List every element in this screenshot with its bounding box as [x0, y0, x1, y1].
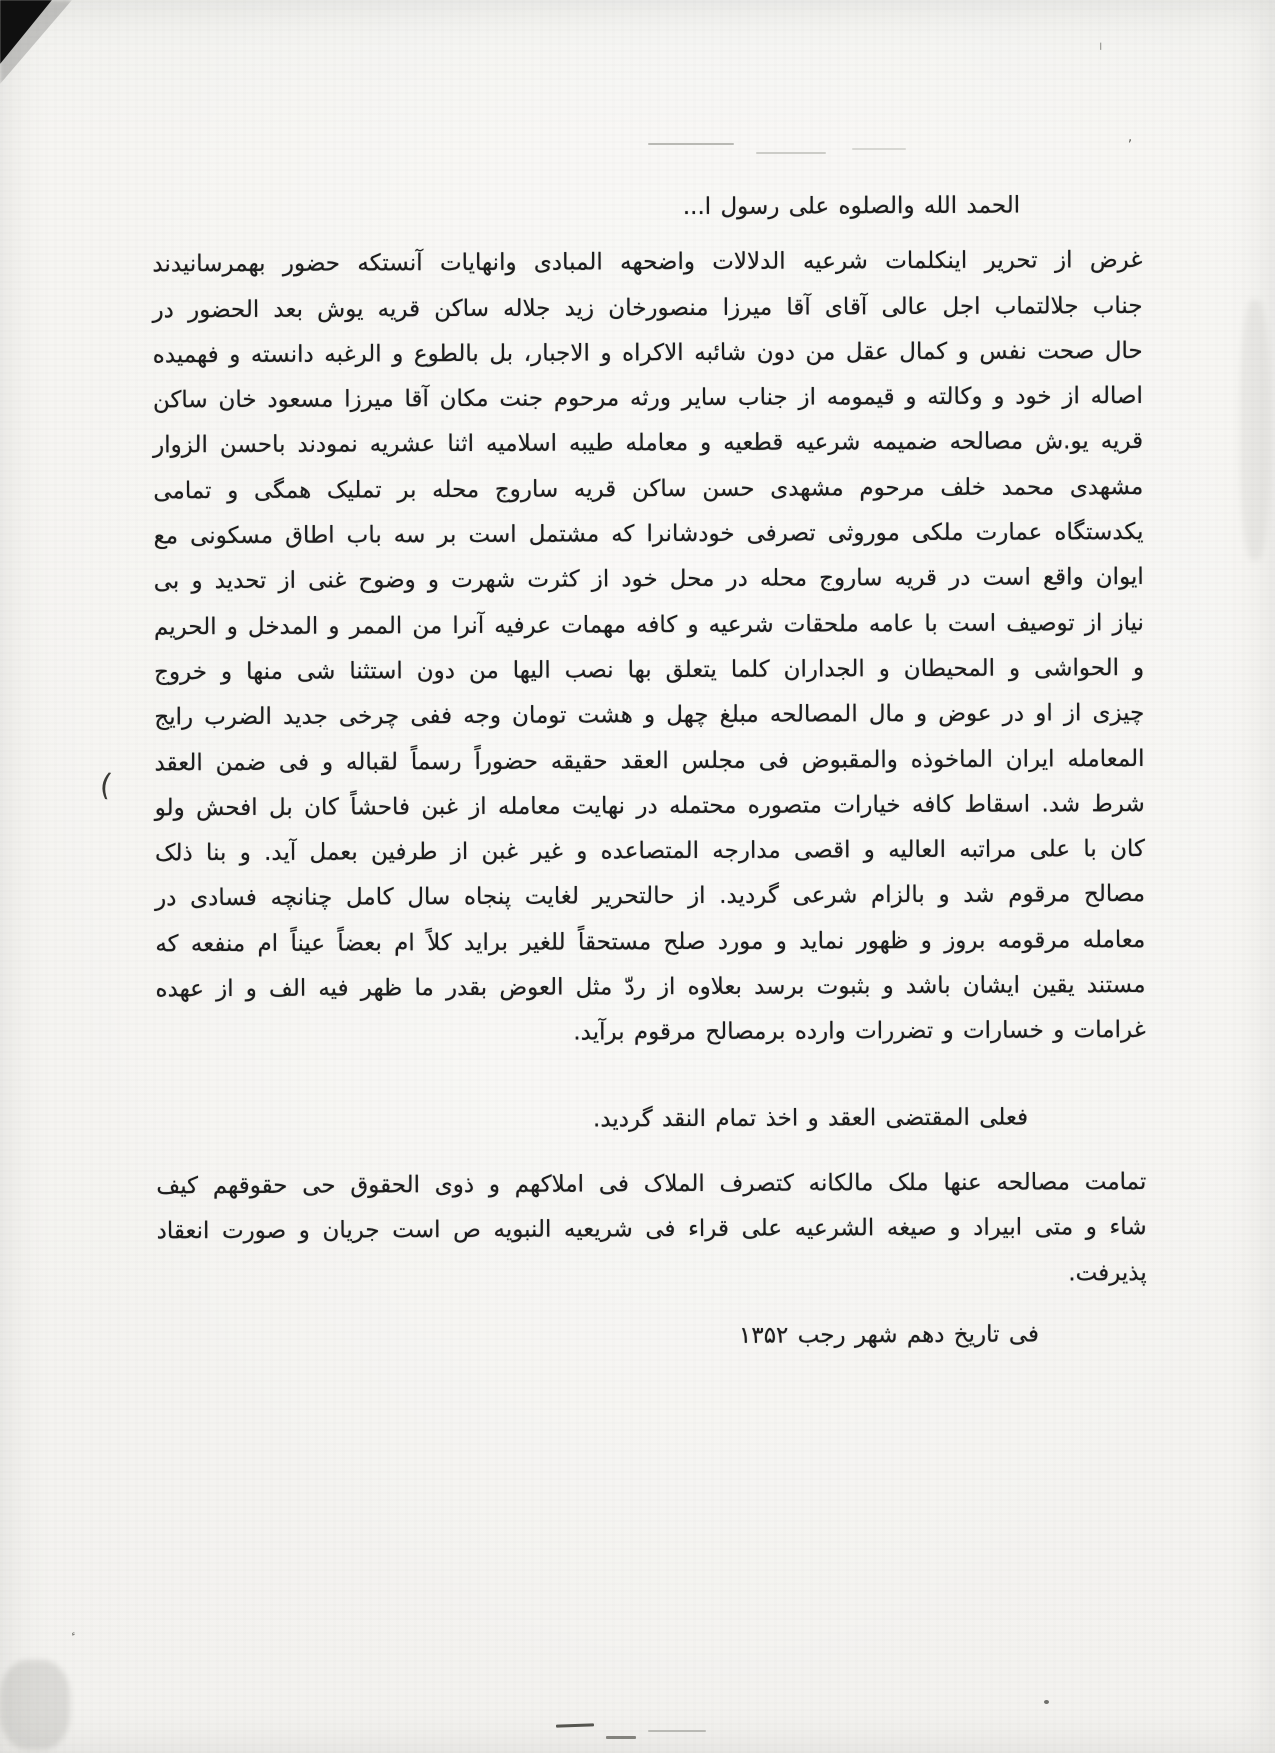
document-line: تمامت مصالحه عنها ملک مالکانه کتصرف المل… [156, 1160, 1146, 1210]
document-line: یکدستگاه عمارت ملکی موروثی تصرفی خودشانر… [153, 510, 1143, 560]
document-line: غرامات و خسارات و تضررات وارده برمصالح م… [156, 1008, 1146, 1058]
scan-faint-dash-top-2 [756, 152, 826, 154]
scan-smudge-right-edge [1240, 300, 1270, 560]
document-line: شاء و متی ابیراد و صیغه الشرعیه علی قراء… [156, 1205, 1146, 1255]
scan-faint-dash-top-3 [852, 148, 906, 150]
document-text: الحمد الله والصلوه علی رسول ا... غرض از … [152, 183, 1147, 1361]
document-line: پذیرفت. [157, 1251, 1147, 1301]
document-line: اصاله از خود و وکالته و قیمومه از جناب س… [153, 374, 1143, 424]
document-line: معامله مرقومه بروز و ظهور نماید و مورد ص… [155, 918, 1145, 968]
scan-dash-bottom-2 [606, 1736, 636, 1739]
document-line: مستند یقین ایشان باشد و بثبوت برسد بعلاو… [155, 963, 1145, 1013]
scan-speck-bottom-right [1044, 1700, 1049, 1704]
closing-statement-line: فعلی المقتضی العقد و اخذ تمام النقد گردی… [156, 1095, 1028, 1144]
document-line: المعامله ایران الماخوذه والمقبوض فی مجلس… [154, 737, 1144, 787]
document-line: کان با علی مراتبه العالیه و اقصی مدارجه … [155, 827, 1145, 877]
document-line: مشهدی محمد خلف مرحوم مشهدی حسن ساکن قریه… [153, 465, 1143, 515]
date-line: فی تاریخ دهم شهر رجب ۱۳۵۲ [157, 1312, 1039, 1361]
scan-dash-bottom-3 [648, 1730, 706, 1732]
document-line: چیزی از او در عوض و مال المصالحه مبلغ چه… [154, 691, 1144, 741]
document-line: و الحواشی و المحیطان و الجداران کلما یتع… [154, 646, 1144, 696]
document-line: جناب جلالتماب اجل عالی آقای آقا میرزا من… [152, 284, 1142, 334]
scan-speck-right-margin: , [1128, 130, 1132, 145]
document-line: شرط شد. اسقاط کافه خیارات متصوره محتمله … [155, 782, 1145, 832]
scanned-document-page: ᛧ , ( ٔ الحمد الله والصلوه علی رسول ا...… [0, 0, 1275, 1753]
main-paragraph: غرض از تحریر اینکلمات شرعیه الدلالات واض… [152, 238, 1146, 1058]
document-line: مصالح مرقوم شد و بالزام شرعی گردید. از ح… [155, 872, 1145, 922]
document-line: غرض از تحریر اینکلمات شرعیه الدلالات واض… [152, 238, 1142, 288]
document-line: قریه یو.ش مصالحه ضمیمه شرعیه قطعیه و معا… [153, 419, 1143, 469]
scan-faint-dash-top-1 [648, 143, 734, 145]
final-paragraph: تمامت مصالحه عنها ملک مالکانه کتصرف المل… [156, 1160, 1147, 1300]
scan-smudge-bottom-left [0, 1660, 70, 1750]
document-line: ایوان واقع است در قریه ساروج محله در محل… [154, 555, 1144, 605]
document-line: حال صحت نفس و کمال عقل من دون شائبه الاک… [153, 329, 1143, 379]
scan-dash-bottom-1 [556, 1723, 594, 1727]
scan-speck-top-right: ᛧ [1096, 34, 1106, 53]
scan-paren-mark-left-edge: ( [98, 767, 114, 803]
document-line: نیاز از توصیف است با عامه ملحقات شرعیه و… [154, 601, 1144, 651]
opening-invocation-line: الحمد الله والصلوه علی رسول ا... [152, 184, 1020, 233]
